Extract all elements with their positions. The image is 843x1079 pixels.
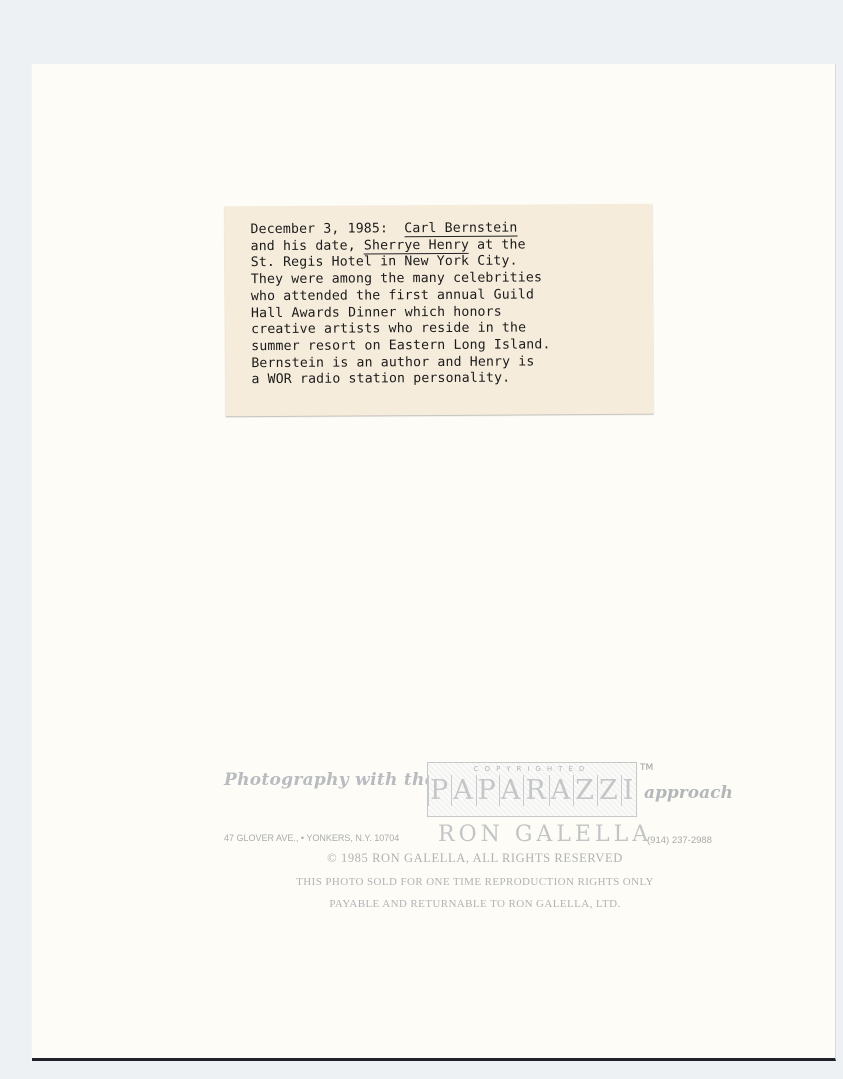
paparazzi-letter: R (523, 775, 548, 806)
paparazzi-letter: A (451, 775, 476, 806)
caption-label: December 3, 1985: Carl Bernsteinand his … (224, 204, 653, 417)
paparazzi-logo-word: PAPARAZZI (428, 775, 636, 806)
caption-line: Bernstein is an author and Henry is (251, 354, 550, 373)
underlined-name: Carl Bernstein (404, 221, 517, 238)
stamp-payable: PAYABLE AND RETURNABLE TO RON GALELLA, L… (220, 898, 730, 910)
caption-line: Hall Awards Dinner which honors (251, 304, 550, 323)
paparazzi-logo-top: COPYRIGHTED (428, 765, 636, 773)
stamp-address: 47 GLOVER AVE., • YONKERS, N.Y. 10704 (224, 833, 399, 843)
paparazzi-logo-box: COPYRIGHTED PAPARAZZI (427, 762, 637, 817)
stamp-rights: THIS PHOTO SOLD FOR ONE TIME REPRODUCTIO… (220, 876, 730, 888)
caption-line: who attended the first annual Guild (251, 287, 550, 306)
caption-line: summer resort on Eastern Long Island. (251, 337, 550, 356)
paparazzi-letter: P (428, 775, 451, 806)
paparazzi-letter: A (549, 775, 574, 806)
paparazzi-letter: Z (573, 775, 597, 806)
caption-line: a WOR radio station personality. (251, 371, 550, 390)
stamp-approach: approach (644, 783, 733, 803)
underlined-name: Sherrye Henry (364, 238, 469, 255)
caption-line: creative artists who reside in the (251, 321, 550, 340)
trademark-mark: TM (640, 763, 653, 773)
paparazzi-letter: A (499, 775, 524, 806)
caption-line: December 3, 1985: Carl Bernstein (250, 220, 549, 239)
paparazzi-letter: I (621, 775, 637, 806)
stamp-phone: (914) 237-2988 (647, 835, 712, 846)
stamp-photographer-name: RON GALELLA (438, 822, 652, 847)
stamp-tagline: Photography with the (224, 770, 436, 790)
caption-line: and his date, Sherrye Henry at the (251, 237, 550, 256)
caption-line: They were among the many celebrities (251, 270, 550, 289)
paparazzi-letter: P (476, 775, 499, 806)
caption-line: St. Regis Hotel in New York City. (251, 254, 550, 273)
stamp-copyright: © 1985 RON GALELLA, ALL RIGHTS RESERVED (220, 851, 730, 866)
caption-text: December 3, 1985: Carl Bernsteinand his … (250, 220, 550, 389)
paparazzi-letter: Z (597, 775, 621, 806)
